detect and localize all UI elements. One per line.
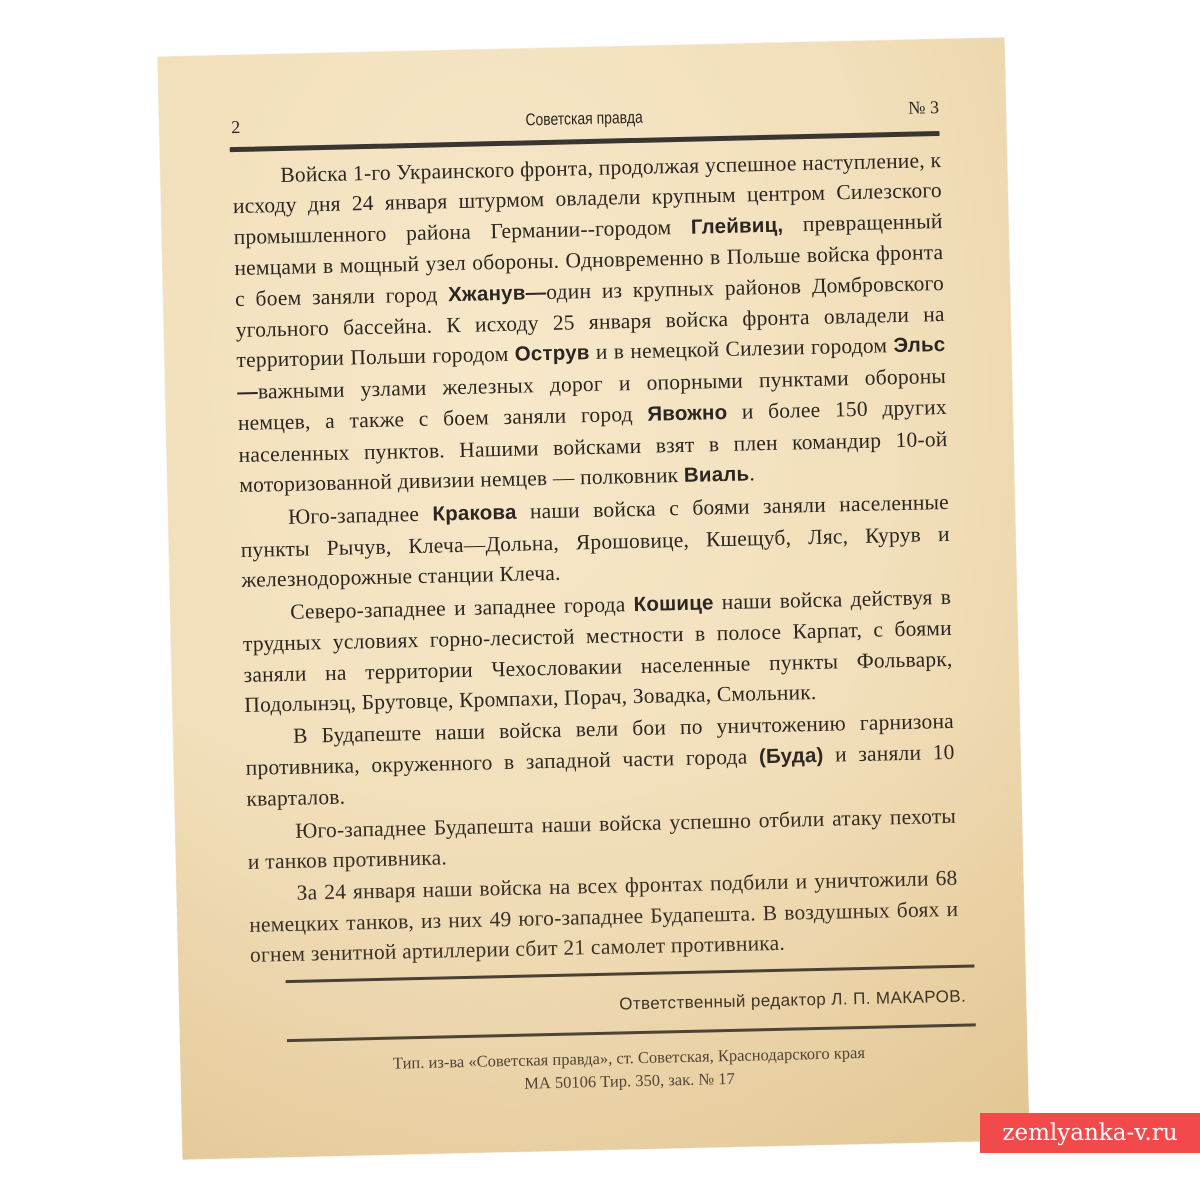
article-paragraph: Юго-западнее Кракова наши войска с боями… [240,487,951,595]
place-name: Виаль [684,462,750,486]
article-paragraph: За 24 января наши войска на всех фронтах… [248,863,959,970]
article-paragraph: В Будапеште наши войска вели бои по унич… [245,706,956,814]
place-name: Кракова [432,501,517,526]
place-name: Кошице [633,591,713,616]
article-text: и в немецкой Силезии городом [589,334,893,365]
newspaper-page: 2 Советская правда № 3 Войска 1-го Украи… [158,38,1030,1160]
place-name: Глейвиц, [691,213,784,238]
footer-rule-bottom [287,1023,976,1042]
place-name: Острув [514,341,589,366]
newspaper-title: Советская правда [293,102,876,135]
issue-number: № 3 [908,97,939,119]
editor-credit: Ответственный редактор Л. П. МАКАРОВ. [179,987,966,1025]
place-name: (Буда) [759,744,824,768]
article-text: Северо-западнее и западнее города [290,592,634,624]
site-watermark: zemlyanka-v.ru [980,1113,1200,1153]
article-text: За 24 января наши войска на всех фронтах… [249,866,958,967]
article-paragraph: Войска 1-го Украинского фронта, продолжа… [232,145,949,501]
article-paragraph: Северо-западнее и западнее города Кошице… [242,582,954,721]
article-body: Войска 1-го Украинского фронта, продолжа… [232,145,959,972]
article-text: . [749,461,755,485]
place-name: Явожно [647,401,727,426]
imprint: Тип. из-ва «Советская правда», ст. Совет… [290,1039,968,1100]
article-text: Юго-западнее [288,502,433,529]
page-number: 2 [231,117,240,138]
place-name: Хжанув— [448,281,547,306]
article-text: Юго-западнее Будапешта наши войска успеш… [248,803,957,873]
